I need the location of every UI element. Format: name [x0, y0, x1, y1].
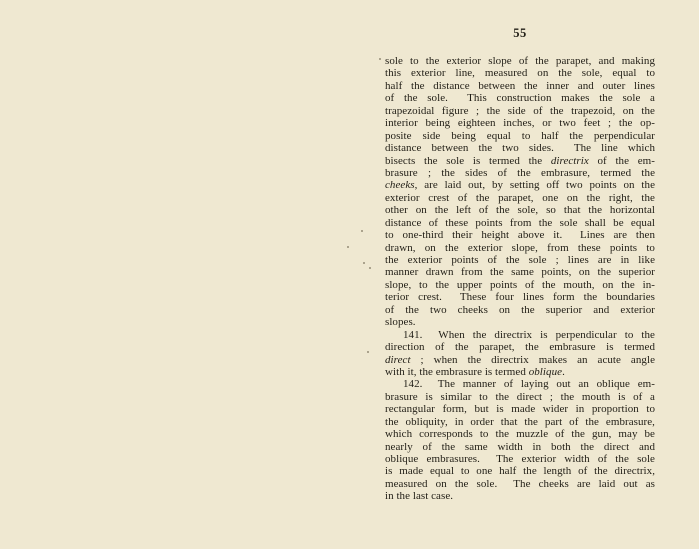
text-line: of the two cheeks on the superior and ex… [385, 304, 655, 316]
text-segment: . [562, 366, 565, 378]
scan-speck [367, 351, 369, 353]
text-segment: trapezoidal figure ; the side of the tra… [385, 105, 655, 117]
text-line: of the sole. This construction makes the… [385, 92, 655, 104]
text-line: measured on the sole. The cheeks are lai… [385, 478, 655, 490]
text-segment: posite side being equal to half the perp… [385, 130, 655, 142]
text-line: distance of these points from the sole s… [385, 217, 655, 229]
text-segment: in the last case. [385, 490, 453, 502]
text-line: 141. When the directrix is perpendicular… [385, 329, 655, 341]
text-line: drawn, on the exterior slope, from these… [385, 242, 655, 254]
text-line: rectangular form, but is made wider in p… [385, 403, 655, 415]
text-segment: drawn, on the exterior slope, from these… [385, 242, 655, 254]
text-line: half the distance between the inner and … [385, 80, 655, 92]
scan-speck [361, 230, 363, 232]
page-number: 55 [385, 26, 655, 41]
text-segment: 142. The manner of laying out an oblique… [403, 378, 655, 390]
text-segment: 141. When the directrix is perpendicular… [403, 329, 655, 341]
text-line: sole to the exterior slope of the parape… [385, 55, 655, 67]
text-segment: of the sole. This construction makes the… [385, 92, 655, 104]
text-line: distance between the two sides. The line… [385, 142, 655, 154]
text-segment: of the two cheeks on the superior and ex… [385, 304, 655, 316]
text-line: slopes. [385, 316, 655, 328]
text-segment: distance between the two sides. The line… [385, 142, 655, 154]
text-line: trapezoidal figure ; the side of the tra… [385, 105, 655, 117]
scan-speck [369, 267, 371, 269]
text-line: brasure is similar to the direct ; the m… [385, 391, 655, 403]
text-segment: interior being eighteen inches, or two f… [385, 117, 655, 129]
text-line: slope, to the upper points of the mouth,… [385, 279, 655, 291]
text-segment: slopes. [385, 316, 416, 328]
text-segment: terior crest. These four lines form the … [385, 291, 655, 303]
text-segment: exterior crest of the parapet, one on th… [385, 192, 655, 204]
text-segment: slope, to the upper points of the mouth,… [385, 279, 655, 291]
text-line: bisects the sole is termed the directrix… [385, 155, 655, 167]
text-line: is made equal to one half the length of … [385, 465, 655, 477]
text-segment: bisects the sole is termed the [385, 155, 551, 167]
text-segment: oblique embrasures. The exterior width o… [385, 453, 655, 465]
text-line: cheeks, are laid out, by setting off two… [385, 179, 655, 191]
text-segment: is made equal to one half the length of … [385, 465, 655, 477]
text-line: oblique embrasures. The exterior width o… [385, 453, 655, 465]
italic-term: directrix [551, 155, 589, 167]
scan-speck [363, 262, 365, 264]
scan-speck [347, 246, 349, 248]
text-segment: measured on the sole. The cheeks are lai… [385, 478, 655, 490]
text-segment: brasure is similar to the direct ; the m… [385, 391, 655, 403]
text-segment: the exterior points of the sole ; lines … [385, 254, 655, 266]
text-segment: the obliquity, in order that the part of… [385, 416, 655, 428]
text-segment: nearly of the same width in both the dir… [385, 441, 655, 453]
text-segment: with it, the embrasure is termed [385, 366, 529, 378]
text-block: sole to the exterior slope of the parape… [385, 55, 655, 503]
text-segment: direction of the parapet, the embrasure … [385, 341, 655, 353]
text-line: to one-third their height above it. Line… [385, 229, 655, 241]
text-line: direction of the parapet, the embrasure … [385, 341, 655, 353]
text-line: manner drawn from the same points, on th… [385, 266, 655, 278]
text-segment: other on the left of the sole, so that t… [385, 204, 655, 216]
text-segment: , are laid out, by setting off two point… [415, 179, 655, 191]
text-segment: ; when the directrix makes an acute angl… [411, 354, 655, 366]
text-segment: of the em- [589, 155, 655, 167]
text-segment: which corresponds to the muzzle of the g… [385, 428, 655, 440]
text-line: in the last case. [385, 490, 655, 502]
text-segment: sole to the exterior slope of the parape… [385, 55, 655, 67]
text-line: exterior crest of the parapet, one on th… [385, 192, 655, 204]
text-segment: brasure ; the sides of the embrasure, te… [385, 167, 655, 179]
scan-speck [379, 58, 381, 60]
text-line: which corresponds to the muzzle of the g… [385, 428, 655, 440]
text-line: terior crest. These four lines form the … [385, 291, 655, 303]
text-segment: distance of these points from the sole s… [385, 217, 655, 229]
text-segment: half the distance between the inner and … [385, 80, 655, 92]
text-line: brasure ; the sides of the embrasure, te… [385, 167, 655, 179]
italic-term: oblique [529, 366, 562, 378]
text-segment: manner drawn from the same points, on th… [385, 266, 655, 278]
scanned-page: 55 sole to the exterior slope of the par… [0, 0, 699, 549]
text-line: with it, the embrasure is termed oblique… [385, 366, 655, 378]
text-line: this exterior line, measured on the sole… [385, 67, 655, 79]
text-line: interior being eighteen inches, or two f… [385, 117, 655, 129]
text-line: 142. The manner of laying out an oblique… [385, 378, 655, 390]
text-line: direct ; when the directrix makes an acu… [385, 354, 655, 366]
italic-term: cheeks [385, 179, 415, 191]
text-line: nearly of the same width in both the dir… [385, 441, 655, 453]
text-segment: to one-third their height above it. Line… [385, 229, 655, 241]
text-line: posite side being equal to half the perp… [385, 130, 655, 142]
text-segment: rectangular form, but is made wider in p… [385, 403, 655, 415]
text-line: the exterior points of the sole ; lines … [385, 254, 655, 266]
text-line: the obliquity, in order that the part of… [385, 416, 655, 428]
text-segment: this exterior line, measured on the sole… [385, 67, 655, 79]
text-line: other on the left of the sole, so that t… [385, 204, 655, 216]
italic-term: direct [385, 354, 411, 366]
